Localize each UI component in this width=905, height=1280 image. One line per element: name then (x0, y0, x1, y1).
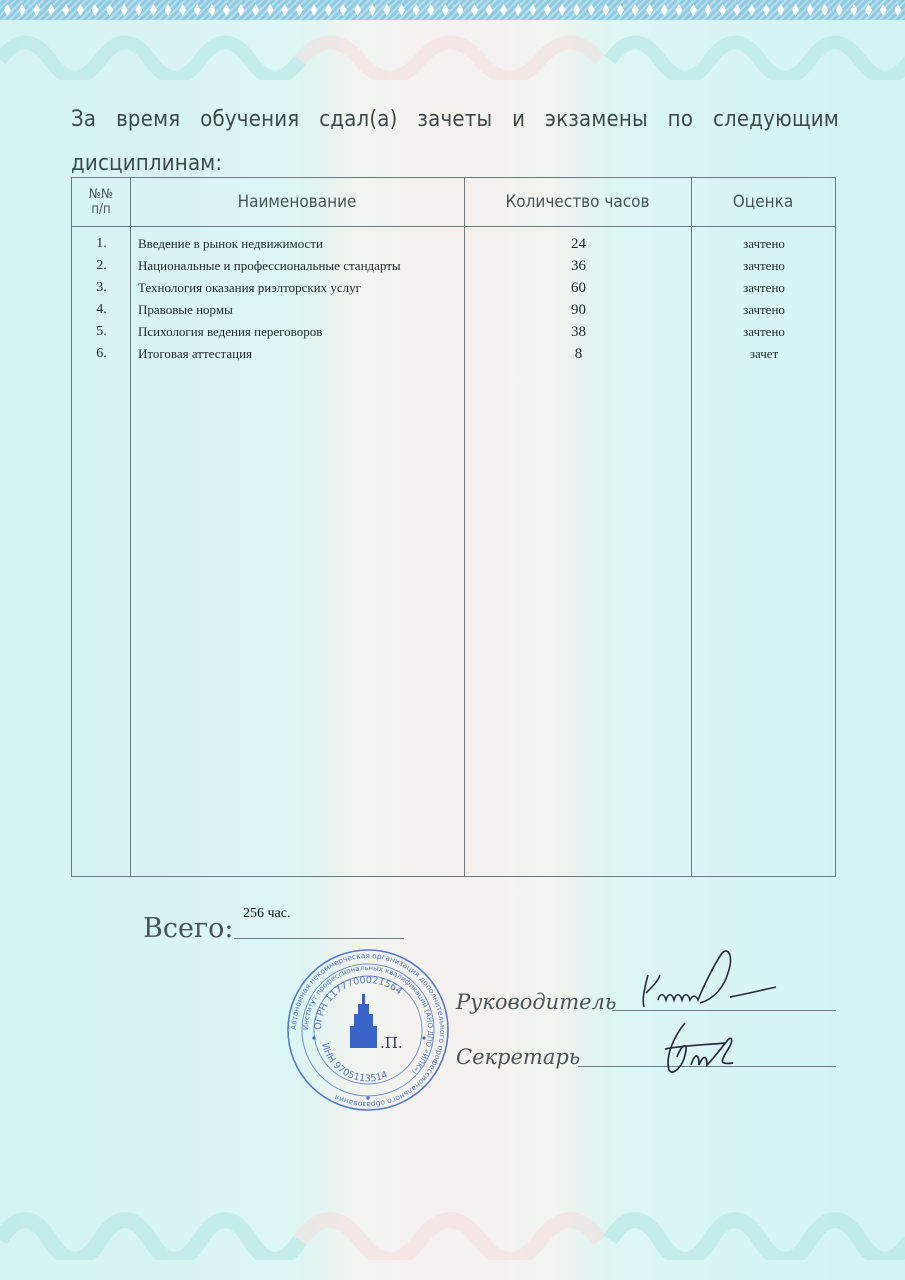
diamond-ornament (701, 0, 716, 20)
table-row: 4.Правовые нормы90зачтено (72, 302, 835, 324)
diamond-ornament (817, 0, 832, 20)
diamond-ornament (584, 0, 599, 20)
diamond-ornament (204, 0, 219, 20)
header-number-line1: №№ (89, 187, 113, 202)
diamond-ornament (671, 0, 686, 20)
row-number: 2. (72, 258, 131, 274)
table-row: 2.Национальные и профессиональные станда… (72, 258, 835, 280)
row-name: Итоговая аттестация (138, 346, 252, 362)
diamond-ornament (832, 0, 847, 20)
diamond-ornament (234, 0, 249, 20)
diamond-ornament (555, 0, 570, 20)
row-name: Правовые нормы (138, 302, 233, 318)
diamond-ornament (744, 0, 759, 20)
table-row: 1.Введение в рынок недвижимости24зачтено (72, 236, 835, 258)
header-name: Наименование (130, 178, 464, 226)
row-hours: 36 (465, 258, 692, 275)
row-number: 5. (72, 324, 131, 340)
disciplines-table: №№ п/п Наименование Количество часов Оце… (71, 177, 836, 877)
diamond-ornament (190, 0, 205, 20)
diamond-ornament (117, 0, 132, 20)
diamond-ornament (44, 0, 59, 20)
row-grade: зачтено (692, 302, 836, 318)
guilloche-top (0, 20, 905, 80)
diamond-ornament (350, 0, 365, 20)
diamond-ornament (452, 0, 467, 20)
row-hours: 90 (465, 302, 692, 319)
diamond-ornament (58, 0, 73, 20)
svg-text:.П.: .П. (380, 1034, 403, 1052)
header-number: №№ п/п (72, 178, 130, 226)
svg-text:ИНН 9705113514: ИНН 9705113514 (319, 1042, 389, 1085)
diamond-ornament (686, 0, 701, 20)
director-signature (630, 945, 780, 1015)
diamond-ornament (73, 0, 88, 20)
diamond-ornament (88, 0, 103, 20)
row-grade: зачтено (692, 280, 836, 296)
header-hours: Количество часов (464, 178, 691, 226)
diamond-ornament (175, 0, 190, 20)
diamond-ornament (657, 0, 672, 20)
diamond-ornament (628, 0, 643, 20)
diamond-ornament (569, 0, 584, 20)
diamond-ornament (773, 0, 788, 20)
diamond-ornament (365, 0, 380, 20)
row-grade: зачтено (692, 258, 836, 274)
diamond-ornament (788, 0, 803, 20)
row-number: 4. (72, 302, 131, 318)
total-underline (234, 938, 404, 939)
organization-stamp: Автономная некоммерческая организация до… (286, 948, 450, 1112)
diamond-ornament (131, 0, 146, 20)
row-grade: зачтено (692, 324, 836, 340)
diamond-ornament (161, 0, 176, 20)
diamond-ornament (525, 0, 540, 20)
diamond-ornament (467, 0, 482, 20)
row-number: 6. (72, 346, 131, 362)
diamond-ornament (876, 0, 891, 20)
diamond-ornament (715, 0, 730, 20)
row-name: Национальные и профессиональные стандарт… (138, 258, 401, 274)
row-name: Технология оказания риэлторских услуг (138, 280, 361, 296)
secretary-label: Секретарь (456, 1045, 580, 1069)
diamond-ornament (102, 0, 117, 20)
total-label: Всего: (143, 913, 233, 944)
row-number: 1. (72, 236, 131, 252)
diamond-ornament (759, 0, 774, 20)
row-number: 3. (72, 280, 131, 296)
director-label: Руководитель (456, 990, 616, 1014)
row-name: Психология ведения переговоров (138, 324, 322, 340)
total-value: 256 час. (243, 906, 290, 922)
header-grade: Оценка (691, 178, 835, 226)
secretary-signature (655, 1015, 745, 1080)
diamond-ornament (292, 0, 307, 20)
row-hours: 60 (465, 280, 692, 297)
diamond-ornament (409, 0, 424, 20)
table-row: 6.Итоговая аттестация8зачет (72, 346, 835, 368)
table-row: 3.Технология оказания риэлторских услуг6… (72, 280, 835, 302)
diamond-ornament (219, 0, 234, 20)
header-number-line2: п/п (91, 202, 110, 217)
diamond-ornament (321, 0, 336, 20)
diamond-ornament (394, 0, 409, 20)
decorative-diamond-row (0, 0, 905, 20)
diamond-ornament (598, 0, 613, 20)
intro-text: За время обучения сдал(а) зачеты и экзам… (71, 98, 839, 186)
row-grade: зачтено (692, 236, 836, 252)
table-row: 5.Психология ведения переговоров38зачтен… (72, 324, 835, 346)
diamond-ornament (846, 0, 861, 20)
diamond-ornament (540, 0, 555, 20)
diamond-ornament (277, 0, 292, 20)
diamond-ornament (511, 0, 526, 20)
diamond-ornament (379, 0, 394, 20)
diamond-ornament (438, 0, 453, 20)
diamond-ornament (482, 0, 497, 20)
row-hours: 8 (465, 346, 692, 363)
diamond-ornament (146, 0, 161, 20)
diamond-ornament (642, 0, 657, 20)
diamond-ornament (803, 0, 818, 20)
diamond-ornament (29, 0, 44, 20)
diamond-ornament (15, 0, 30, 20)
row-name: Введение в рынок недвижимости (138, 236, 323, 252)
row-hours: 38 (465, 324, 692, 341)
row-grade: зачет (692, 346, 836, 362)
diamond-ornament (423, 0, 438, 20)
diamond-ornament (263, 0, 278, 20)
diamond-ornament (306, 0, 321, 20)
diamond-ornament (730, 0, 745, 20)
header-divider (72, 226, 835, 227)
diamond-ornament (861, 0, 876, 20)
diamond-ornament (613, 0, 628, 20)
row-hours: 24 (465, 236, 692, 253)
diamond-ornament (890, 0, 905, 20)
diamond-ornament (336, 0, 351, 20)
diamond-ornament (248, 0, 263, 20)
guilloche-bottom (0, 1200, 905, 1260)
diamond-ornament (496, 0, 511, 20)
diamond-ornament (0, 0, 15, 20)
